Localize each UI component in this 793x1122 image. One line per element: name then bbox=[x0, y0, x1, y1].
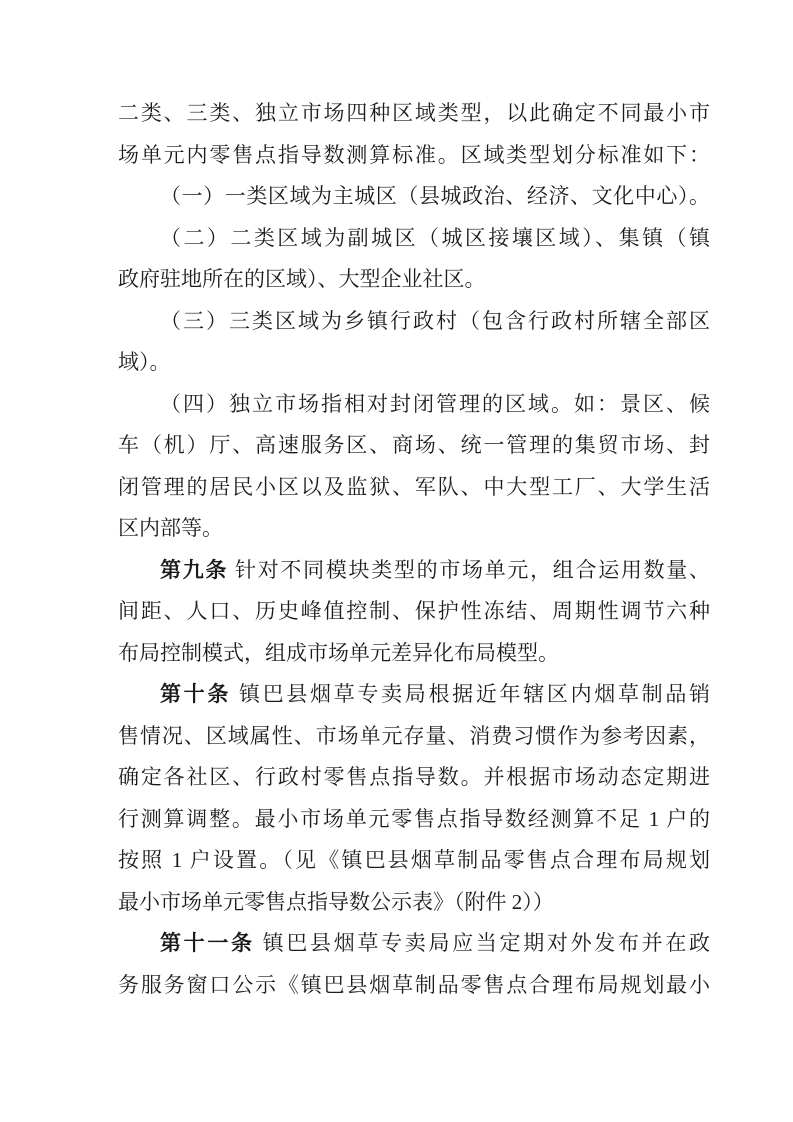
text-line: 按照 1 户设置。（见《镇巴县烟草制品零售点合理布局规划 bbox=[118, 840, 710, 882]
text-line: 布局控制模式，组成市场单元差异化布局模型。 bbox=[118, 633, 710, 675]
article-number: 第十一条 bbox=[160, 932, 255, 955]
text-line: 场单元内零售点指导数测算标准。区域类型划分标准如下： bbox=[118, 135, 710, 177]
text-line: 务服务窗口公示《镇巴县烟草制品零售点合理布局规划最小 bbox=[118, 965, 710, 1007]
text-line: 行测算调整。最小市场单元零售点指导数经测算不足 1 户的 bbox=[118, 799, 710, 841]
article-text: 镇巴县烟草专卖局应当定期对外发布并在政 bbox=[255, 931, 710, 955]
text-line: （一）一类区域为主城区（县城政治、经济、文化中心）。 bbox=[118, 176, 710, 218]
document-text-block: 二类、三类、独立市场四种区域类型，以此确定不同最小市 场单元内零售点指导数测算标… bbox=[118, 93, 710, 1006]
document-page: 二类、三类、独立市场四种区域类型，以此确定不同最小市 场单元内零售点指导数测算标… bbox=[0, 0, 793, 1122]
text-line: 区内部等。 bbox=[118, 508, 710, 550]
paragraph-article-9: 第九条 针对不同模块类型的市场单元，组合运用数量、 间距、人口、历史峰值控制、保… bbox=[118, 550, 710, 675]
text-line: （四）独立市场指相对封闭管理的区域。如：景区、候 bbox=[118, 384, 710, 426]
text-line: 第十条 镇巴县烟草专卖局根据近年辖区内烟草制品销 bbox=[118, 674, 710, 716]
text-line: 最小市场单元零售点指导数公示表》（附件 2）） bbox=[118, 882, 710, 924]
text-line: 第十一条 镇巴县烟草专卖局应当定期对外发布并在政 bbox=[118, 923, 710, 965]
paragraph: 二类、三类、独立市场四种区域类型，以此确定不同最小市 场单元内零售点指导数测算标… bbox=[118, 93, 710, 176]
paragraph: （二）二类区域为副城区（城区接壤区域）、集镇（镇 政府驻地所在的区域）、大型企业… bbox=[118, 218, 710, 301]
text-line: 间距、人口、历史峰值控制、保护性冻结、周期性调节六种 bbox=[118, 591, 710, 633]
paragraph: （四）独立市场指相对封闭管理的区域。如：景区、候 车（机）厅、高速服务区、商场、… bbox=[118, 384, 710, 550]
text-line: 第九条 针对不同模块类型的市场单元，组合运用数量、 bbox=[118, 550, 710, 592]
text-line: （三）三类区域为乡镇行政村（包含行政村所辖全部区 bbox=[118, 301, 710, 343]
text-line: 车（机）厅、高速服务区、商场、统一管理的集贸市场、封 bbox=[118, 425, 710, 467]
article-text: 针对不同模块类型的市场单元，组合运用数量、 bbox=[228, 558, 710, 582]
text-line: （二）二类区域为副城区（城区接壤区域）、集镇（镇 bbox=[118, 218, 710, 260]
text-line: 确定各社区、行政村零售点指导数。并根据市场动态定期进 bbox=[118, 757, 710, 799]
paragraph-article-10: 第十条 镇巴县烟草专卖局根据近年辖区内烟草制品销 售情况、区域属性、市场单元存量… bbox=[118, 674, 710, 923]
article-text: 镇巴县烟草专卖局根据近年辖区内烟草制品销 bbox=[231, 682, 710, 706]
text-line: 售情况、区域属性、市场单元存量、消费习惯作为参考因素， bbox=[118, 716, 710, 758]
text-line: 政府驻地所在的区域）、大型企业社区。 bbox=[118, 259, 710, 301]
text-line: 域）。 bbox=[118, 342, 710, 384]
paragraph: （一）一类区域为主城区（县城政治、经济、文化中心）。 bbox=[118, 176, 710, 218]
article-number: 第九条 bbox=[160, 559, 228, 582]
article-number: 第十条 bbox=[160, 683, 231, 706]
text-line: 闭管理的居民小区以及监狱、军队、中大型工厂、大学生活 bbox=[118, 467, 710, 509]
paragraph-article-11: 第十一条 镇巴县烟草专卖局应当定期对外发布并在政 务服务窗口公示《镇巴县烟草制品… bbox=[118, 923, 710, 1006]
paragraph: （三）三类区域为乡镇行政村（包含行政村所辖全部区 域）。 bbox=[118, 301, 710, 384]
text-line: 二类、三类、独立市场四种区域类型，以此确定不同最小市 bbox=[118, 93, 710, 135]
